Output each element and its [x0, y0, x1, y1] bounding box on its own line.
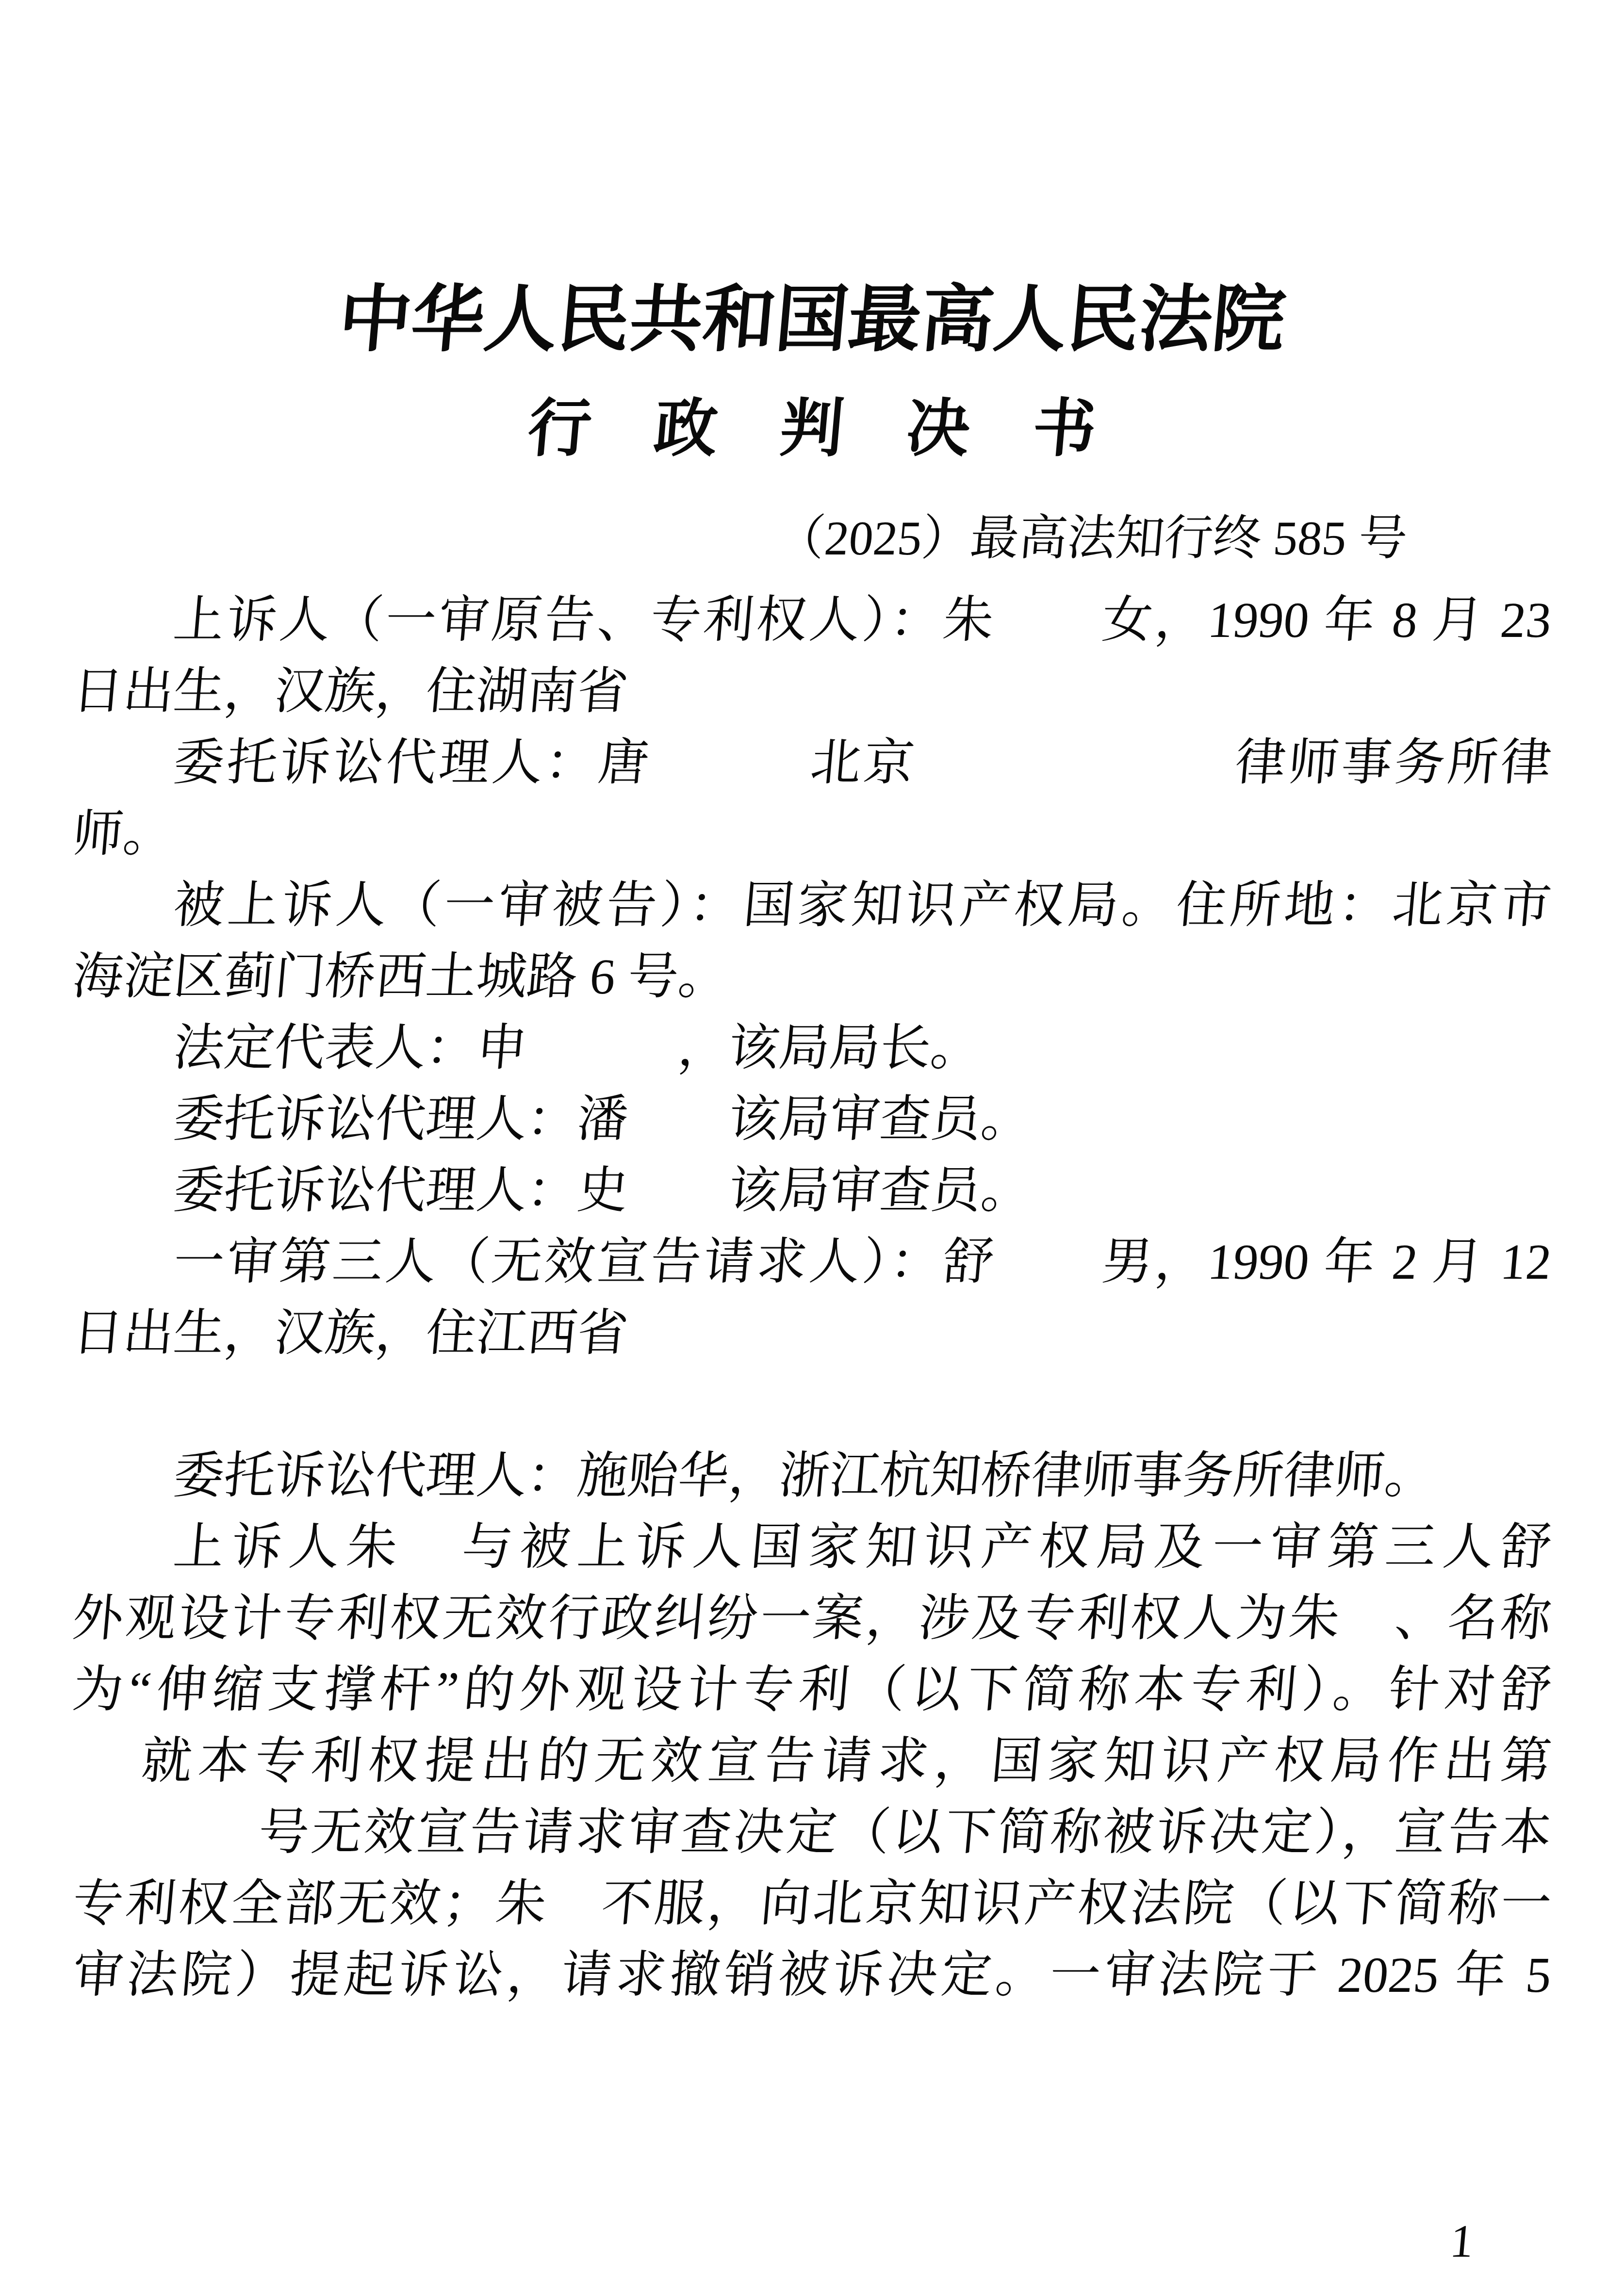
document-content: 中华人民共和国最高人民法院 行 政 判 决 书 （2025）最高法知行终 585… — [73, 0, 1551, 2011]
body-line: 一审第三人（无效宣告请求人）：舒 男，1990 年 2 月 12 — [70, 1226, 1555, 1298]
body-line: 海淀区蓟门桥西土城路 6 号。 — [70, 941, 1555, 1012]
judgment-document-page: 中华人民共和国最高人民法院 行 政 判 决 书 （2025）最高法知行终 585… — [0, 0, 1624, 2296]
body-line: 委托诉讼代理人：唐 北京 律师事务所律 — [70, 727, 1555, 798]
body-line: 就本专利权提出的无效宣告请求，国家知识产权局作出第 — [70, 1726, 1555, 1797]
body-line: 委托诉讼代理人：史 该局审查员。 — [70, 1155, 1555, 1226]
body-line: 上诉人（一审原告、专利权人）：朱 女，1990 年 8 月 23 — [70, 585, 1555, 656]
body-line: 日出生，汉族，住江西省 — [70, 1298, 1555, 1369]
case-number: （2025）最高法知行终 585 号 — [69, 502, 1554, 575]
judgment-body: 上诉人（一审原告、专利权人）：朱 女，1990 年 8 月 23 日出生，汉族，… — [73, 585, 1551, 2011]
body-line-blank — [70, 1369, 1555, 1440]
body-line: 委托诉讼代理人：潘 该局审查员。 — [70, 1084, 1555, 1155]
body-line: 审法院）提起诉讼，请求撤销被诉决定。一审法院于 2025 年 5 — [70, 1939, 1555, 2011]
body-line: 为“伸缩支撑杆”的外观设计专利（以下简称本专利）。针对舒 — [70, 1654, 1555, 1726]
page-number: 1 — [1447, 2205, 1476, 2278]
body-line: 专利权全部无效；朱 不服，向北京知识产权法院（以下简称一 — [70, 1868, 1555, 1939]
body-line: 上诉人朱 与被上诉人国家知识产权局及一审第三人舒 — [70, 1512, 1555, 1583]
document-type-title: 行 政 判 决 书 — [69, 383, 1556, 475]
body-line: 外观设计专利权无效行政纠纷一案，涉及专利权人为朱 、名称 — [70, 1583, 1555, 1654]
body-line: 师。 — [70, 798, 1555, 870]
body-line: 被上诉人（一审被告）：国家知识产权局。住所地：北京市 — [70, 870, 1555, 941]
court-title: 中华人民共和国最高人民法院 — [68, 272, 1555, 369]
body-line: 法定代表人：申 ，该局局长。 — [70, 1012, 1555, 1084]
body-line: 日出生，汉族，住湖南省 — [70, 656, 1555, 727]
body-line: 号无效宣告请求审查决定（以下简称被诉决定），宣告本 — [70, 1797, 1555, 1868]
body-line: 委托诉讼代理人：施贻华，浙江杭知桥律师事务所律师。 — [70, 1440, 1555, 1512]
